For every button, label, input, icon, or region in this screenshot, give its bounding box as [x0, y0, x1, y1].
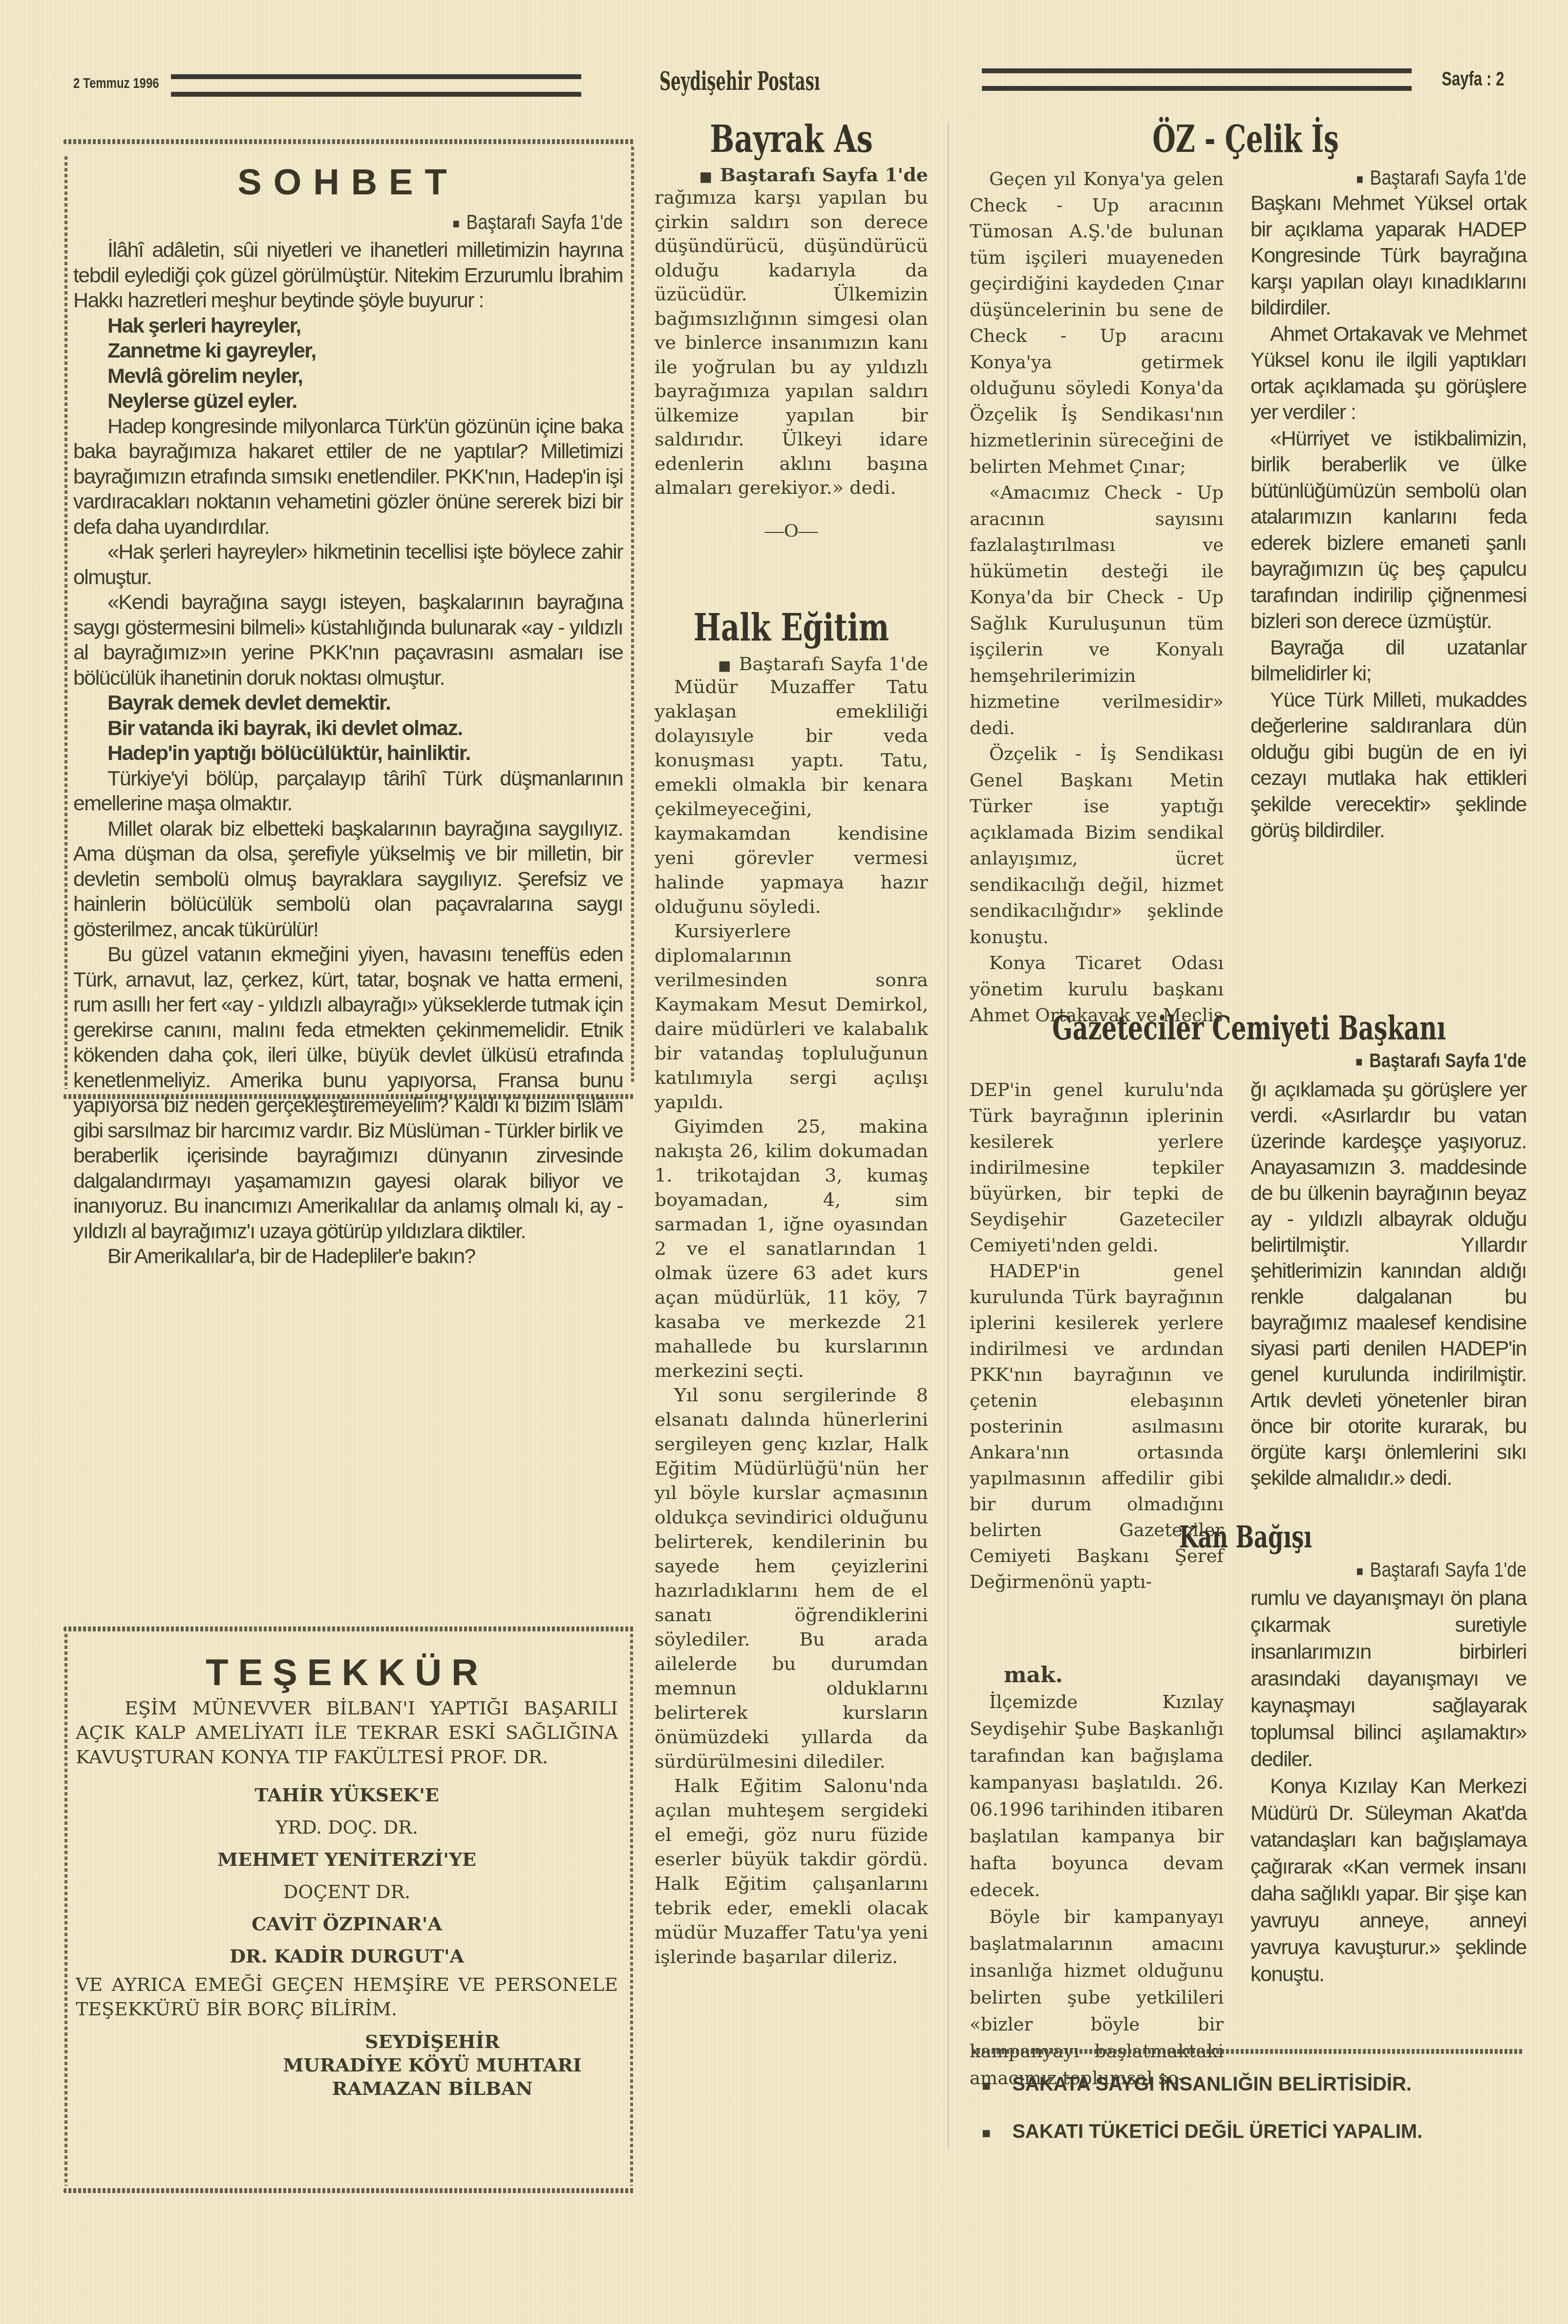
gazeteciler-headline: Gazeteciler Cemiyeti Başkanı: [1052, 1009, 1439, 1048]
paragraph: rumlu ve dayanışmayı ön plana çıkarmak s…: [1250, 1585, 1526, 1773]
page-number: Sayfa : 2: [1442, 68, 1504, 90]
masthead-rule-left: [171, 74, 581, 97]
paragraph: Halk Eğitim Salonu'nda açılan muhteşem s…: [655, 1774, 928, 1969]
paragraph: İlâhî adâletin, sûi niyetleri ve ihanetl…: [73, 238, 623, 314]
continued-from-page-1: Baştarafı Sayfa 1'de: [1292, 1050, 1526, 1072]
slogan: SAKATA SAYGI İNSANLIĞIN BELİRTİSİDİR.: [982, 2073, 1524, 2095]
emphasis-line: Bir vatanda iki bayrak, iki devlet olmaz…: [73, 716, 623, 741]
paragraph: Bayrağa dil uzatanlar bilmelidirler ki;: [1250, 635, 1526, 687]
signature-name: RAMAZAN BİLBAN: [271, 2077, 593, 2100]
continued-from-page-1: Baştarafı Sayfa 1'de: [156, 211, 623, 234]
sohbet-border-left: [64, 156, 67, 1089]
paragraph: Geçen yıl Konya'ya gelen Check - Up arac…: [970, 166, 1224, 480]
thanks-border-right: [630, 1634, 633, 2186]
paragraph: «Hürriyet ve istikbalimizin, birlik bera…: [1250, 426, 1526, 635]
slogans: SAKATA SAYGI İNSANLIĞIN BELİRTİSİDİR. SA…: [982, 2073, 1524, 2168]
paragraph: Türkiye'yi bölüp, parçalayıp târihî Türk…: [73, 766, 623, 817]
emphasis-line: Bayrak demek devlet demektir.: [73, 691, 623, 716]
thanks-title-line: DOÇENT DR.: [76, 1876, 618, 1908]
paragraph: Konya Kızılay Kan Merkezi Müdürü Dr. Sül…: [1250, 1773, 1526, 1988]
oz-celik-column-2: Baştarafı Sayfa 1'de Başkanı Mehmet Yüks…: [1250, 166, 1526, 844]
oz-celik-column-1: Geçen yıl Konya'ya gelen Check - Up arac…: [970, 166, 1224, 1029]
gazeteciler-column-2: ğı açıklamada şu görüşlere yer verdi. «A…: [1250, 1077, 1526, 1491]
thanks-name: TAHİR YÜKSEK'E: [76, 1779, 618, 1811]
sohbet-body: İlâhî adâletin, sûi niyetleri ve ihanetl…: [73, 238, 623, 1269]
thanks-name: CAVİT ÖZPINAR'A: [76, 1908, 618, 1940]
paragraph: Böyle bir kampanyayı başlatmalarının ama…: [970, 1903, 1224, 2092]
paragraph: Bir Amerikalılar'a, bir de Hadepliler'e …: [73, 1244, 623, 1269]
paragraph: «Hak şerleri hayreyler» hikmetinin tecel…: [73, 540, 623, 590]
sohbet-title: SOHBET: [73, 161, 623, 203]
thanks-title: TEŞEKKÜR: [76, 1661, 618, 1685]
halk-egitim-headline: Halk Eğitim: [685, 606, 898, 649]
gazeteciler-column-1: DEP'in genel kurulu'nda Türk bayrağının …: [970, 1077, 1224, 1595]
continued-from-page-1: Baştarafı Sayfa 1'de: [1292, 166, 1526, 190]
oz-celik-headline: ÖZ - Çelik İş: [1052, 117, 1439, 161]
paragraph: Hadep kongresinde milyonlarca Türk'ün gö…: [73, 414, 623, 540]
newspaper-title: Seydişehir Postası: [659, 66, 820, 96]
paragraph: rağımıza karşı yapılan bu çirkin saldırı…: [655, 186, 928, 500]
bayrak-as-headline: Bayrak As: [685, 117, 898, 161]
thanks-name: DR. KADİR DURGUT'A: [76, 1940, 618, 1972]
column-lead: mak.: [970, 1662, 1224, 1689]
paragraph: Yıl sonu sergilerinde 8 elsanatı dalında…: [655, 1383, 928, 1774]
bayrak-as-body: rağımıza karşı yapılan bu çirkin saldırı…: [655, 186, 928, 500]
paragraph: Başkanı Mehmet Yüksel ortak bir açıklama…: [1250, 190, 1526, 321]
kan-bagisi-column-2: rumlu ve dayanışmayı ön plana çıkarmak s…: [1250, 1585, 1526, 1988]
paragraph: ğı açıklamada şu görüşlere yer verdi. «A…: [1250, 1077, 1526, 1491]
thanks-name: MEHMET YENİTERZİ'YE: [76, 1843, 618, 1876]
bayrak-as-article: Bayrak As Baştarafı Sayfa 1'de rağımıza …: [655, 117, 928, 571]
paragraph: İlçemizde Kızılay Seydişehir Şube Başkan…: [970, 1689, 1224, 1903]
continued-from-page-1: Baştarafı Sayfa 1'de: [655, 164, 928, 186]
paragraph: Ahmet Ortakavak ve Mehmet Yüksel konu il…: [1250, 321, 1526, 426]
continued-from-page-1: Baştarafı Sayfa 1'de: [655, 653, 928, 675]
sohbet-border-top: [64, 139, 635, 144]
emphasis-line: Hadep'in yaptığı bölücülüktür, hainlikti…: [73, 741, 623, 766]
paragraph: Millet olarak biz elbetteki başkalarının…: [73, 817, 623, 943]
paragraph: Müdür Muzaffer Tatu yaklaşan emekliliği …: [655, 675, 928, 919]
verse-line: Zannetme ki gayreyler,: [73, 338, 623, 364]
kan-bagisi-headline: Kan Bağışı: [1052, 1519, 1439, 1555]
sohbet-article: SOHBET Baştarafı Sayfa 1'de İlâhî adâlet…: [73, 161, 623, 1269]
signature-role: MURADİYE KÖYÜ MUHTARI: [271, 2053, 593, 2077]
masthead: 2 Temmuz 1996 Seydişehir Postası Sayfa :…: [73, 68, 1504, 107]
halk-egitim-article: Halk Eğitim Baştarafı Sayfa 1'de Müdür M…: [655, 606, 928, 1969]
thanks-border-top: [64, 1627, 635, 1631]
paragraph: Bu güzel vatanın ekmeğini yiyen, havasın…: [73, 942, 623, 1244]
masthead-rule-right: [982, 68, 1412, 91]
column-rule: [948, 122, 949, 2149]
sohbet-border-right: [631, 147, 634, 1084]
paragraph: DEP'in genel kurulu'nda Türk bayrağının …: [970, 1077, 1224, 1258]
article-separator: —O—: [655, 519, 928, 542]
paragraph: Kursiyerlere diplomalarının verilmesinde…: [655, 919, 928, 1114]
paragraph: «Kendi bayrağına saygı isteyen, başkalar…: [73, 590, 623, 691]
signature-place: SEYDİŞEHİR: [271, 2030, 593, 2053]
thanks-title-line: YRD. DOÇ. DR.: [76, 1811, 618, 1843]
thanks-border-left: [64, 1634, 67, 2186]
paragraph: «Amacımız Check - Up aracının sayısını f…: [970, 480, 1224, 741]
thanks-border-bottom: [64, 2188, 635, 2193]
slogan: SAKATI TÜKETİCİ DEĞİL ÜRETİCİ YAPALIM.: [982, 2121, 1524, 2143]
verse-line: Mevlâ görelim neyler,: [73, 364, 623, 389]
kan-bagisi-column-1: mak. İlçemizde Kızılay Seydişehir Şube B…: [970, 1662, 1224, 2092]
halk-egitim-body: Müdür Muzaffer Tatu yaklaşan emekliliği …: [655, 675, 928, 1969]
paragraph: Giyimden 25, makina nakışta 26, kilim do…: [655, 1114, 928, 1383]
thanks-intro: EŞİM MÜNEVVER BİLBAN'I YAPTIĞI BAŞARILI …: [76, 1696, 618, 1769]
continued-from-page-1: Baştarafı Sayfa 1'de: [1292, 1558, 1526, 1582]
thanks-notice: TEŞEKKÜR EŞİM MÜNEVVER BİLBAN'I YAPTIĞI …: [76, 1661, 618, 2100]
paragraph: Özçelik - İş Sendikası Genel Başkanı Met…: [970, 741, 1224, 950]
issue-date: 2 Temmuz 1996: [73, 75, 159, 92]
paragraph: Yüce Türk Milleti, mukaddes değerlerine …: [1250, 687, 1526, 844]
verse-line: Hak şerleri hayreyler,: [73, 314, 623, 339]
slogans-border-top: [972, 2049, 1524, 2054]
oz-celik-column-2-body: Başkanı Mehmet Yüksel ortak bir açıklama…: [1250, 190, 1526, 844]
verse-line: Neylerse güzel eyler.: [73, 389, 623, 414]
thanks-outro: VE AYRICA EMEĞİ GEÇEN HEMŞİRE VE PERSONE…: [76, 1972, 618, 2021]
